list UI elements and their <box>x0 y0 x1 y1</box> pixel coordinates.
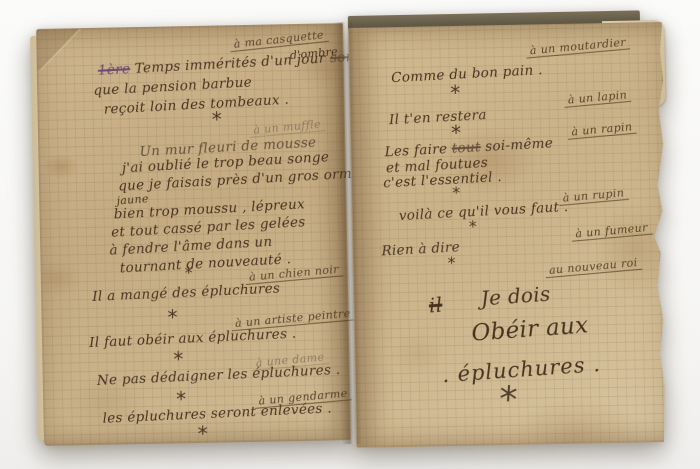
dedication-line: à un rapin <box>567 121 637 140</box>
open-notebook: à ma casquette 1ère Temps immérités d'un… <box>0 0 700 469</box>
crossed-out-word: 1ère <box>98 61 131 79</box>
verse-line: . épluchures . <box>442 354 602 386</box>
dedication-line: à un lapin <box>563 89 631 108</box>
verse-line: Il t'en restera <box>389 109 487 128</box>
verse-text: soi-même <box>485 135 554 155</box>
photo-background: à ma casquette 1ère Temps immérités d'un… <box>0 0 700 469</box>
verse-line: reçoit loin des tombeaux . <box>103 94 289 118</box>
dedication-line: à un moutardier <box>525 36 630 58</box>
stanza-separator: * <box>452 187 460 200</box>
corner-crease <box>37 29 84 70</box>
stanza-separator: * <box>198 426 208 442</box>
stanza-separator: * <box>185 267 193 280</box>
crossed-out-word: il <box>428 295 443 316</box>
verse-line: Comme du bon pain . <box>391 64 543 86</box>
stanza-separator: * <box>498 386 518 416</box>
verse-line: Je dois <box>480 284 551 309</box>
verse-line: Il faut obéir aux épluchures . <box>89 328 297 351</box>
dedication-line: au nouveau roi <box>545 257 643 279</box>
verse-line: c'est l'essentiel . <box>383 171 502 191</box>
verse-line: Ne pas dédaigner les épluchures . <box>97 364 341 389</box>
stanza-separator: * <box>167 309 177 325</box>
stanza-separator: * <box>469 221 477 234</box>
page-left: à ma casquette 1ère Temps immérités d'un… <box>36 23 351 446</box>
stanza-separator: * <box>212 111 222 127</box>
verse-line: Il a mangé des épluchures <box>92 282 280 304</box>
verse-line: Obéir aux <box>471 314 589 345</box>
crossed-out-word: tout <box>451 139 481 157</box>
page-right: à un moutardier Comme du bon pain . * à … <box>348 22 670 448</box>
verse-line: voilà ce qu'il vous faut . <box>399 201 569 224</box>
dedication-line: à un fumeur <box>571 222 652 242</box>
stanza-separator: * <box>450 85 460 101</box>
stanza-separator: * <box>451 125 461 141</box>
dedication-line: à un rupin <box>558 187 629 206</box>
stanza-separator: * <box>447 257 455 270</box>
verse-line: les épluchures seront enlevées . <box>102 402 332 426</box>
stanza-separator: * <box>176 391 186 407</box>
stanza-separator: * <box>173 351 183 367</box>
